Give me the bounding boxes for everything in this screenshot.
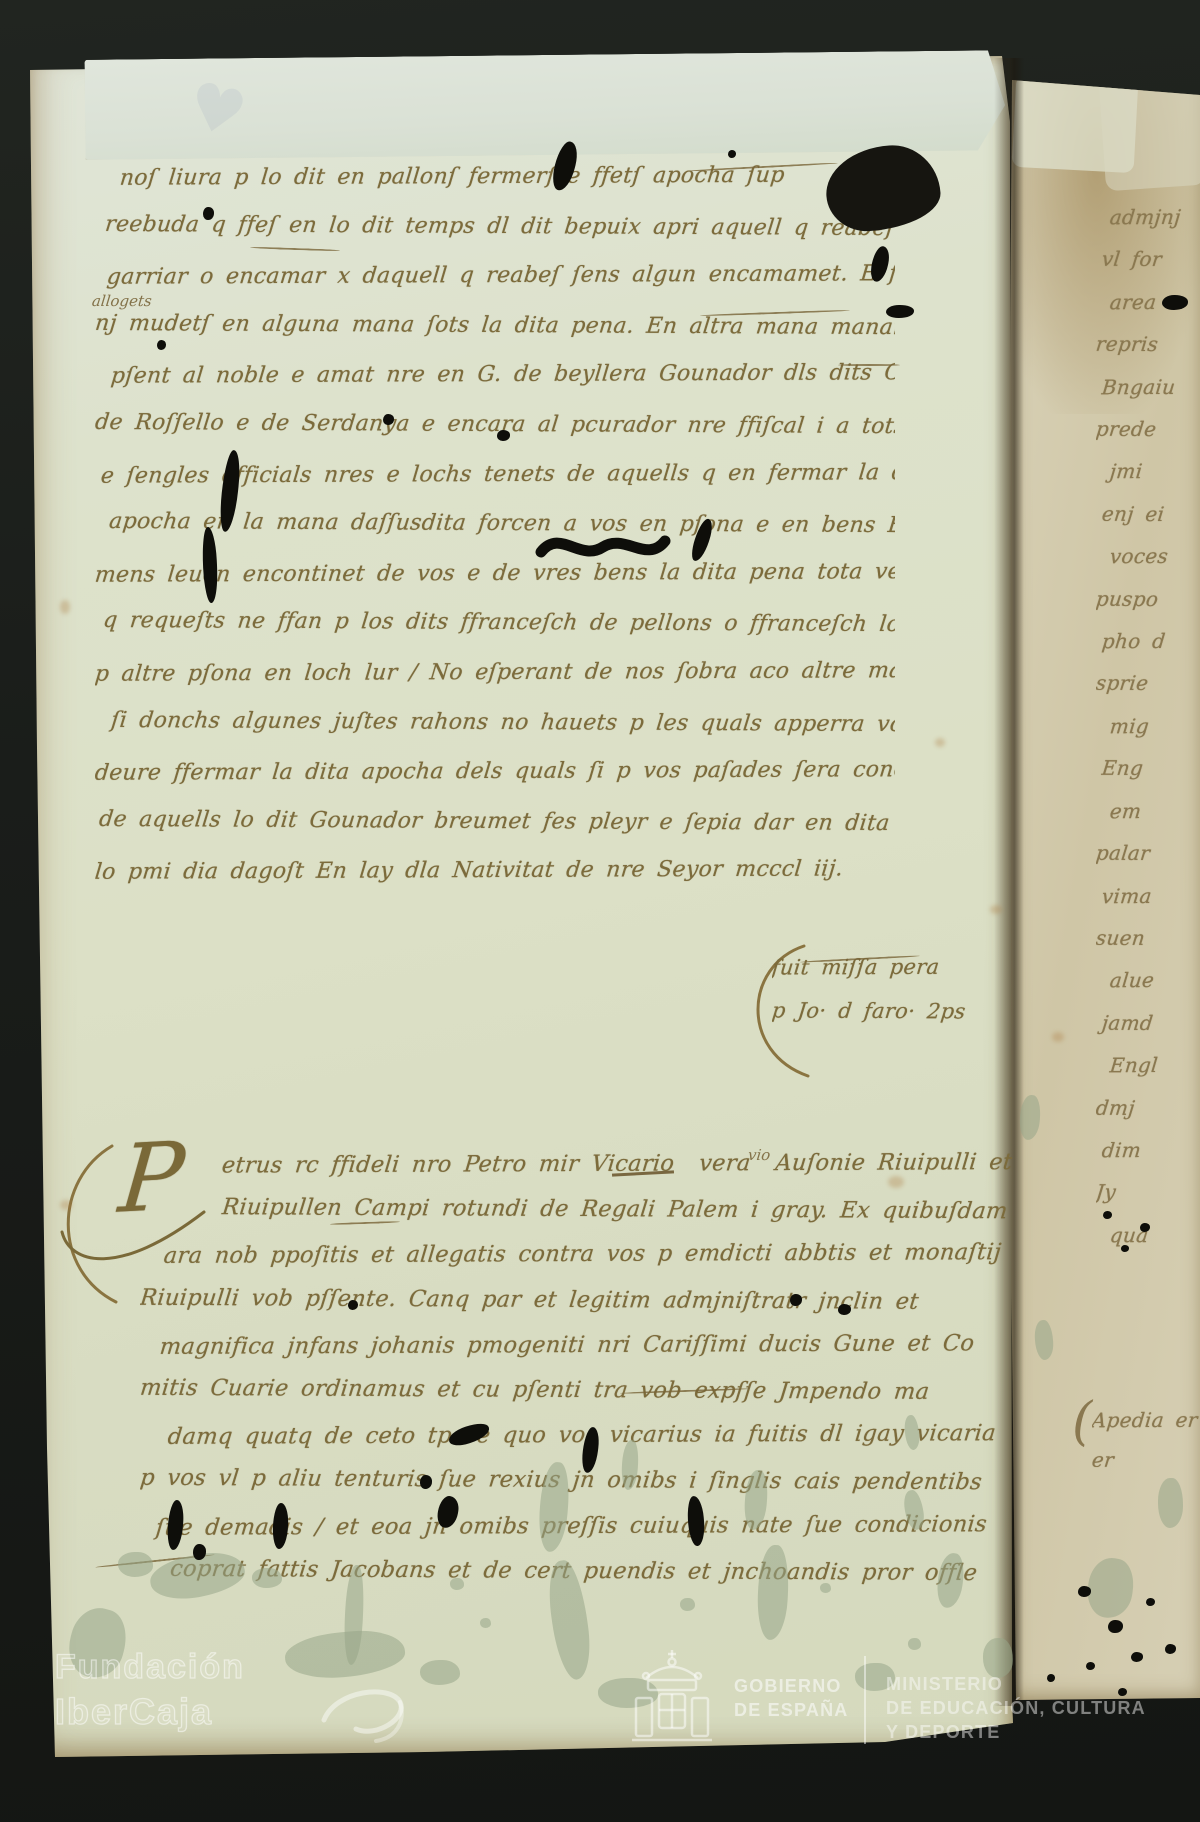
manuscript-line: q requeſts ne ffan p los dits ffranceſch… [100,596,895,650]
chancery-line: fuit miſſa pera [772,945,1002,990]
green-stain [118,1552,153,1577]
green-stain [480,1618,491,1628]
second-page-text-fragments: admjnjvl forareareprisBngaiupredejmienj … [1096,196,1200,1256]
green-stain [1158,1478,1183,1528]
green-stain [420,1660,460,1685]
note-bracket: ( [1072,1392,1092,1452]
fragment-line: palar [1096,832,1200,875]
note-line: er [1092,1440,1200,1480]
fragment-line: suen [1096,917,1200,960]
fragment-line: mig [1108,705,1200,748]
fragment-line: sprie [1096,662,1200,705]
chancery-line: p Jo· d faro· 2ps [772,988,1002,1033]
manuscript-line: etrus rc ffideli nro Petro mir Vicario v… [140,1142,1012,1189]
foxing-spot [60,1200,72,1210]
foxing-spot [990,905,1002,914]
second-page-note: Apedia erer [1092,1400,1200,1480]
fragment-line: jmi [1108,450,1200,493]
pen-flourish [838,364,900,366]
fragment-line: Engl [1108,1044,1200,1087]
fragment-line: enj ei [1100,493,1200,536]
manuscript-line: Riuipulli vob pſſente. Canq par et legit… [140,1275,1012,1325]
watermark-text-line: DE EDUCACIÓN, CULTURA [886,1696,1146,1720]
gobierno-de-espana-watermark: GOBIERNO DE ESPAÑA [734,1674,849,1722]
manuscript-line: p vos vl p aliu tenturis ſue rexius jn o… [140,1456,1012,1506]
manuscript-text-block-2: etrus rc ffideli nro Petro mir Vicario v… [140,1142,1012,1594]
watermark-text-line: DE ESPAÑA [734,1698,849,1722]
manuscript-line: nj mudetſ en alguna mana ſots la dita pe… [95,299,895,353]
fragment-line: Bngaiu [1100,365,1200,408]
manuscript-line: de Roſſello e de Serdanya e encara al pc… [95,398,895,452]
interlinear-note: vio [747,1146,771,1164]
watermark-text-line: Y DEPORTE [886,1720,1146,1744]
marginal-note: allogets [91,292,153,310]
manuscript-line: magnifica jnfans johanis pmogeniti nri C… [158,1321,1012,1370]
note-line: Apedia er [1092,1400,1200,1440]
fragment-line: alue [1108,959,1200,1002]
fragment-line: pho d [1100,620,1200,663]
ministerio-watermark: MINISTERIO DE EDUCACIÓN, CULTURA Y DEPOR… [886,1672,1146,1744]
green-stain [450,1578,464,1590]
manuscript-line: deure ffermar la dita apocha dels quals … [95,745,895,798]
manuscript-line: coprat fattis Jacobans et de cert puendi… [168,1547,1012,1594]
ibercaja-logo-watermark [318,1680,414,1748]
fragment-line: Eng [1100,747,1200,790]
watermark-text-line: Fundación [55,1645,245,1689]
manuscript-line: lo pmi dia dagoſt En lay dla Nativitat d… [95,845,895,896]
fragment-line: prede [1096,408,1200,451]
foxing-spot [935,738,945,747]
manuscript-line: p altre pſona en loch lur / No eſperant … [95,646,895,699]
green-stain [820,1583,831,1593]
fragment-line: em [1108,789,1200,832]
fragment-line: vima [1100,874,1200,917]
green-stain [908,1638,921,1650]
ink-blot-wavy [535,520,675,572]
fragment-line: dmj [1096,1086,1200,1129]
watermark-text-line: MINISTERIO [886,1672,1146,1696]
repair-tape-patch [1098,65,1200,192]
manuscript-line: mitis Cuarie ordinamus et cu pſenti tra … [140,1366,1012,1416]
fragment-line: vl for [1100,238,1200,281]
fragment-line: puspo [1096,577,1200,620]
spain-coat-of-arms-watermark [628,1648,716,1744]
fragment-line: dim [1100,1129,1200,1172]
foxing-spot [888,1176,904,1188]
manuscript-line: garriar o encamar x daquell q reabeſ ſen… [104,249,895,302]
manuscript-text-block-1: noſ liura p lo dit en pallonſ fermerſ e … [95,152,895,896]
manuscript-line: pſent al noble e amat nre en G. de beyll… [108,349,895,402]
manuscript-line: ſi donchs algunes juſtes rahons no hauet… [108,695,895,749]
watermark-divider-line [864,1656,866,1744]
manuscript-line: de aquells lo dit Gounador breumet fes p… [96,795,895,849]
fragment-line: Jy [1096,1171,1200,1214]
fragment-line: voces [1108,535,1200,578]
fragment-line: repris [1096,323,1200,366]
watermark-text-line: GOBIERNO [734,1674,849,1698]
green-stain [252,1568,282,1588]
manuscript-line: noſ liura p lo dit en pallonſ fermerſ e … [117,152,895,203]
manuscript-line: Riuipullen Campi rotundi de Regali Palem… [140,1185,1012,1235]
green-stain [680,1598,695,1611]
manuscript-line: e ſengles officials nres e lochs tenets … [98,448,895,501]
fundacion-ibercaja-watermark: Fundación IberCaja [55,1645,245,1735]
watermark-text-line: IberCaja [55,1689,245,1735]
manuscript-line: reebuda q ffeſ en lo dit temps dl dit be… [102,200,895,254]
manuscript-line: ara nob ppoſitis et allegatis contra vos… [162,1231,1012,1280]
manuscript-photograph: ♥ noſ liura p lo dit en pallonſ fermerſ … [0,0,1200,1822]
foxing-spot [1052,1032,1064,1042]
fragment-line: jamd [1100,1001,1200,1044]
fragment-line: admjnj [1108,196,1200,239]
foxing-spot [60,600,70,614]
